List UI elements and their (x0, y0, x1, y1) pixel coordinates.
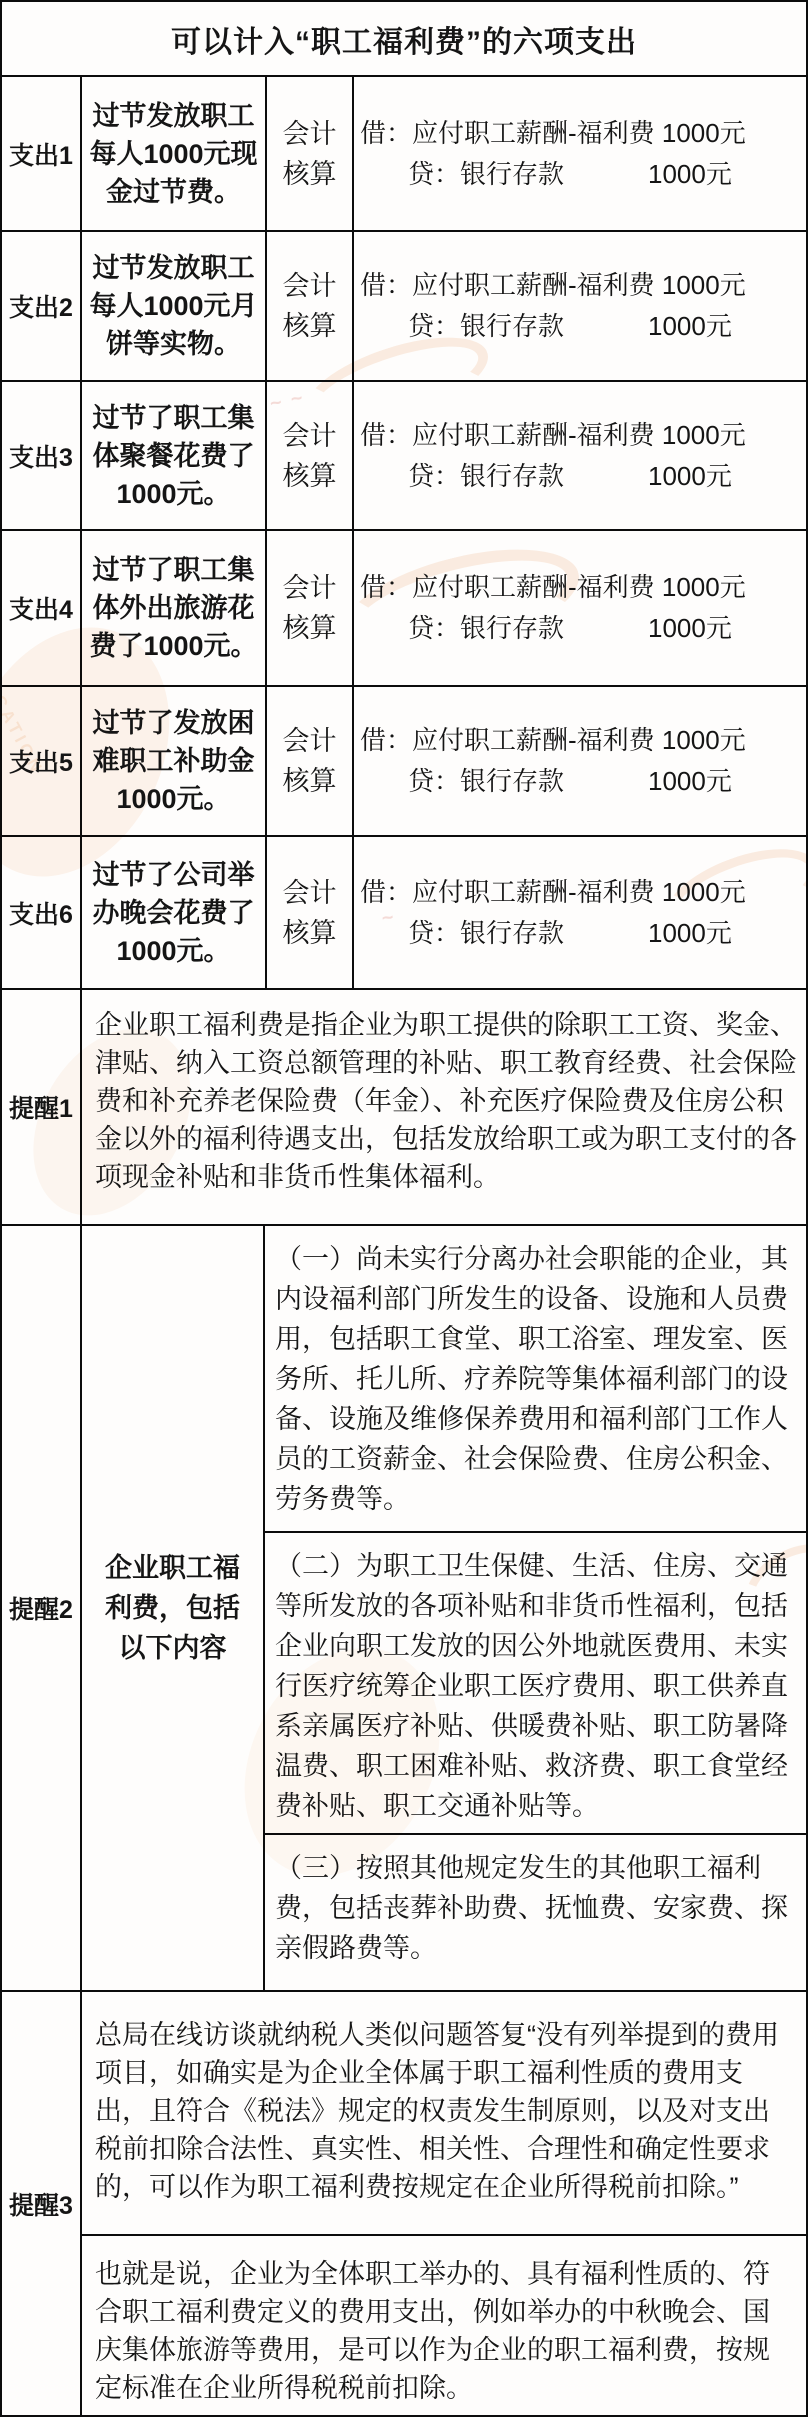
table-row-reminder-2: 提醒2 企业职工福利费，包括以下内容 （一）尚未实行分离办社会职能的企业，其内设… (2, 1224, 806, 1990)
credit-amount: 1000元 (648, 306, 732, 347)
debit-line: 借：应付职工薪酬-福利费 1000元 (360, 872, 800, 913)
expense-label: 支出4 (2, 531, 82, 685)
reminder-subtitle: 企业职工福利费，包括以下内容 (82, 1226, 265, 1990)
debit-line: 借：应付职工薪酬-福利费 1000元 (360, 415, 800, 456)
expense-description: 过节了发放困难职工补助金1000元。 (82, 687, 267, 835)
credit-amount: 1000元 (648, 154, 732, 195)
table-row-expense-3: 支出3 过节了职工集体聚餐花费了1000元。 会计核算 借：应付职工薪酬-福利费… (2, 380, 806, 529)
accounting-method-label: 会计核算 (267, 687, 354, 835)
expense-label: 支出2 (2, 232, 82, 380)
expense-description: 过节发放职工每人1000元现金过节费。 (82, 77, 267, 230)
table: 可以计入“职工福利费”的六项支出 支出1 过节发放职工每人1000元现金过节费。… (2, 2, 806, 2415)
journal-entry: 借：应付职工薪酬-福利费 1000元 贷：银行存款 1000元 (354, 232, 806, 380)
debit-line: 借：应付职工薪酬-福利费 1000元 (360, 265, 800, 306)
table-row-expense-1: 支出1 过节发放职工每人1000元现金过节费。 会计核算 借：应付职工薪酬-福利… (2, 75, 806, 230)
table-row-expense-2: 支出2 过节发放职工每人1000元月饼等实物。 会计核算 借：应付职工薪酬-福利… (2, 230, 806, 380)
reminder-items: （一）尚未实行分离办社会职能的企业，其内设福利部门所发生的设备、设施和人员费用，… (265, 1226, 806, 1990)
journal-entry: 借：应付职工薪酬-福利费 1000元 贷：银行存款 1000元 (354, 687, 806, 835)
credit-amount: 1000元 (648, 913, 732, 954)
credit-amount: 1000元 (648, 608, 732, 649)
journal-entry: 借：应付职工薪酬-福利费 1000元 贷：银行存款 1000元 (354, 77, 806, 230)
credit-line: 贷：银行存款 1000元 (360, 306, 800, 347)
accounting-method-label: 会计核算 (267, 232, 354, 380)
credit-account: 贷：银行存款 (408, 913, 564, 954)
debit-line: 借：应付职工薪酬-福利费 1000元 (360, 720, 800, 761)
table-row-reminder-3: 提醒3 总局在线访谈就纳税人类似问题答复“没有列举提到的费用项目，如确实是为企业… (2, 1990, 806, 2415)
reminder-item-1: （一）尚未实行分离办社会职能的企业，其内设福利部门所发生的设备、设施和人员费用，… (265, 1226, 806, 1531)
expense-label: 支出1 (2, 77, 82, 230)
credit-line: 贷：银行存款 1000元 (360, 761, 800, 802)
title-text: 可以计入“职工福利费”的六项支出 (171, 17, 637, 61)
journal-entry: 借：应付职工薪酬-福利费 1000元 贷：银行存款 1000元 (354, 382, 806, 529)
credit-line: 贷：银行存款 1000元 (360, 154, 800, 195)
page-title: 可以计入“职工福利费”的六项支出 (2, 2, 806, 75)
table-row-expense-5: 支出5 过节了发放困难职工补助金1000元。 会计核算 借：应付职工薪酬-福利费… (2, 685, 806, 835)
accounting-method-label: 会计核算 (267, 837, 354, 988)
reminder-paragraph-1: 总局在线访谈就纳税人类似问题答复“没有列举提到的费用项目，如确实是为企业全体属于… (82, 1992, 806, 2234)
expense-label: 支出5 (2, 687, 82, 835)
credit-amount: 1000元 (648, 456, 732, 497)
credit-line: 贷：银行存款 1000元 (360, 608, 800, 649)
expense-label: 支出3 (2, 382, 82, 529)
reminder-paragraphs: 总局在线访谈就纳税人类似问题答复“没有列举提到的费用项目，如确实是为企业全体属于… (82, 1992, 806, 2415)
accounting-method-label: 会计核算 (267, 77, 354, 230)
credit-line: 贷：银行存款 1000元 (360, 456, 800, 497)
reminder-item-3: （三）按照其他规定发生的其他职工福利费，包括丧葬补助费、抚恤费、安家费、探亲假路… (265, 1833, 806, 1990)
welfare-expense-table: ~ ~ CATION ~ ~ ~ 可以计入“职工福利费”的六项支出 支出1 过节… (0, 0, 808, 2417)
debit-line: 借：应付职工薪酬-福利费 1000元 (360, 567, 800, 608)
journal-entry: 借：应付职工薪酬-福利费 1000元 贷：银行存款 1000元 (354, 531, 806, 685)
reminder-label: 提醒2 (2, 1226, 82, 1990)
reminder-item-2: （二）为职工卫生保健、生活、住房、交通等所发放的各项补贴和非货币性福利，包括企业… (265, 1531, 806, 1833)
expense-description: 过节了公司举办晚会花费了1000元。 (82, 837, 267, 988)
reminder-paragraph-2: 也就是说，企业为全体职工举办的、具有福利性质的、符合职工福利费定义的费用支出，例… (82, 2234, 806, 2415)
expense-description: 过节了职工集体外出旅游花费了1000元。 (82, 531, 267, 685)
credit-line: 贷：银行存款 1000元 (360, 913, 800, 954)
reminder-label: 提醒3 (2, 1992, 82, 2415)
expense-label: 支出6 (2, 837, 82, 988)
reminder-text: 企业职工福利费是指企业为职工提供的除职工工资、奖金、津贴、纳入工资总额管理的补贴… (82, 990, 806, 1224)
accounting-method-label: 会计核算 (267, 382, 354, 529)
credit-account: 贷：银行存款 (408, 761, 564, 802)
expense-description: 过节发放职工每人1000元月饼等实物。 (82, 232, 267, 380)
journal-entry: 借：应付职工薪酬-福利费 1000元 贷：银行存款 1000元 (354, 837, 806, 988)
credit-account: 贷：银行存款 (408, 456, 564, 497)
accounting-method-label: 会计核算 (267, 531, 354, 685)
credit-amount: 1000元 (648, 761, 732, 802)
reminder-label: 提醒1 (2, 990, 82, 1224)
credit-account: 贷：银行存款 (408, 608, 564, 649)
table-row-expense-4: 支出4 过节了职工集体外出旅游花费了1000元。 会计核算 借：应付职工薪酬-福… (2, 529, 806, 685)
table-row-reminder-1: 提醒1 企业职工福利费是指企业为职工提供的除职工工资、奖金、津贴、纳入工资总额管… (2, 988, 806, 1224)
credit-account: 贷：银行存款 (408, 306, 564, 347)
table-row-expense-6: 支出6 过节了公司举办晚会花费了1000元。 会计核算 借：应付职工薪酬-福利费… (2, 835, 806, 988)
expense-description: 过节了职工集体聚餐花费了1000元。 (82, 382, 267, 529)
debit-line: 借：应付职工薪酬-福利费 1000元 (360, 113, 800, 154)
credit-account: 贷：银行存款 (408, 154, 564, 195)
